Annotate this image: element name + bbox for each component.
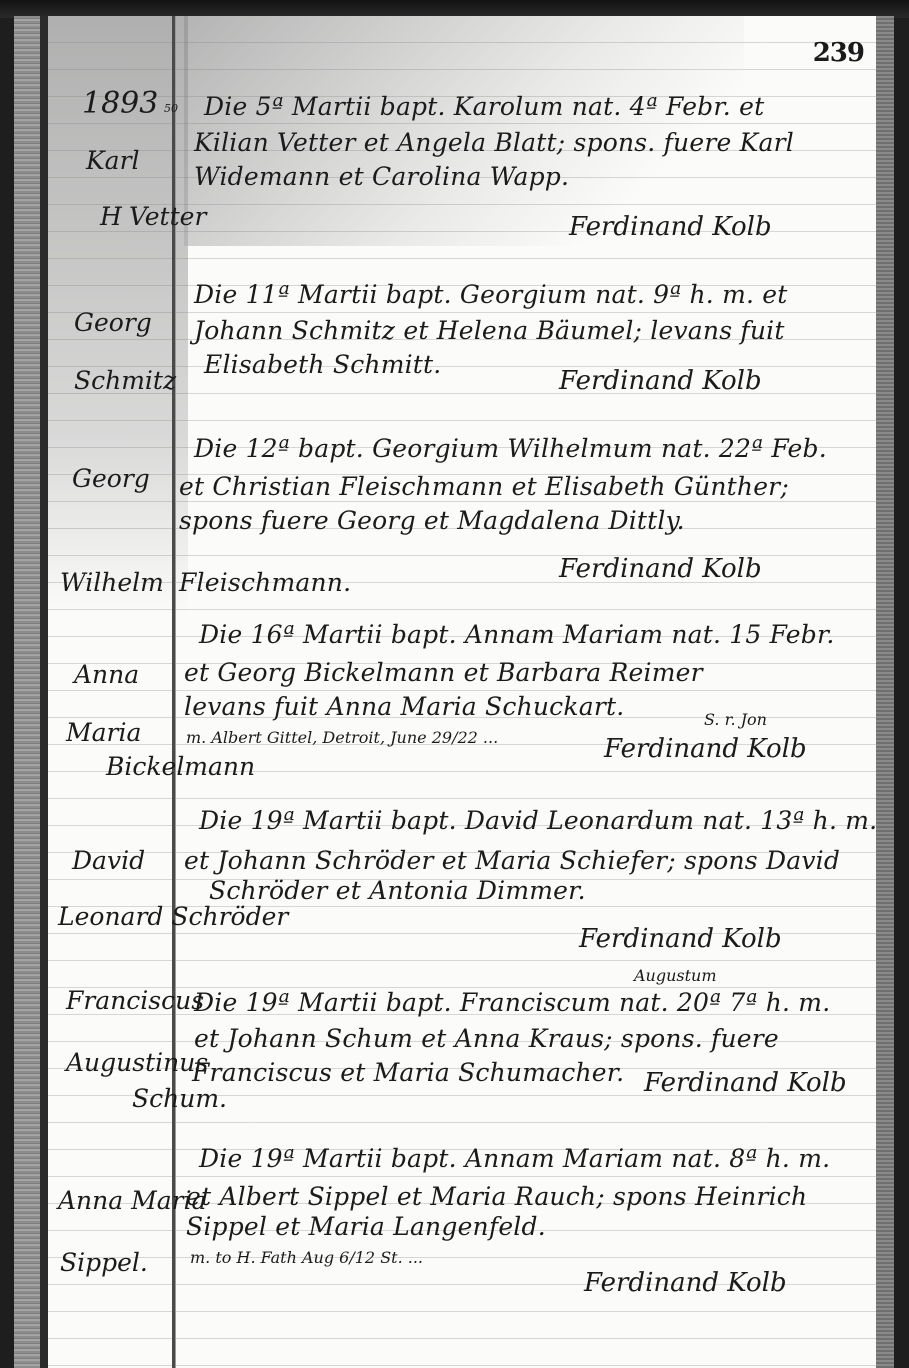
entry-line: Die 16ª Martii bapt. Annam Mariam nat. 1… <box>199 620 835 649</box>
margin-name: Georg <box>74 308 152 337</box>
margin-name: Franciscus <box>66 986 204 1015</box>
margin-surname: Bickelmann <box>106 752 255 781</box>
entry-line: Schröder et Antonia Dimmer. <box>209 876 586 905</box>
entry-line: Die 19ª Martii bapt. Franciscum nat. 20ª… <box>194 988 830 1017</box>
scan-right-edge <box>876 16 894 1368</box>
entry-line: et Georg Bickelmann et Barbara Reimer <box>184 658 703 687</box>
entry-line: Die 5ª Martii bapt. Karolum nat. 4ª Febr… <box>204 92 764 121</box>
margin-surname: Sippel. <box>60 1248 148 1277</box>
margin-name: Augustinus <box>66 1048 208 1077</box>
margin-surname: Schmitz <box>74 366 176 395</box>
priest-signature: Ferdinand Kolb <box>569 212 772 242</box>
entry-line: et Johann Schum et Anna Kraus; spons. fu… <box>194 1024 779 1053</box>
margin-name-prefix: H <box>100 202 122 231</box>
side-annotation: S. r. Jon <box>704 710 767 729</box>
entry-line: spons fuere Georg et Magdalena Dittly. <box>179 506 685 535</box>
margin-name: Maria <box>66 718 141 747</box>
entry-line: Die 19ª Martii bapt. Annam Mariam nat. 8… <box>199 1144 830 1173</box>
year-heading: 1893 <box>82 86 158 121</box>
priest-signature: Ferdinand Kolb <box>584 1268 787 1298</box>
entry-surname-line: Fleischmann. <box>179 568 351 597</box>
margin-name: David <box>72 846 145 875</box>
margin-surname: Vetter <box>129 202 206 231</box>
entry-line: Die 19ª Martii bapt. David Leonardum nat… <box>199 806 877 835</box>
margin-name: Anna Maria <box>58 1186 206 1215</box>
entry-line: et Albert Sippel et Maria Rauch; spons H… <box>186 1182 807 1211</box>
gutter-shadow <box>14 16 40 1368</box>
marriage-annotation: m. Albert Gittel, Detroit, June 29/22 ..… <box>186 728 498 747</box>
register-page: 239 1893 50 Karl H Vetter Die 5ª Martii … <box>14 16 894 1368</box>
entry-line: Die 11ª Martii bapt. Georgium nat. 9ª h.… <box>194 280 788 309</box>
margin-name: Leonard Schröder <box>58 902 288 931</box>
binding-gutter-line <box>40 16 48 1368</box>
name-insertion: Augustum <box>634 966 717 985</box>
entry-line: Die 12ª bapt. Georgium Wilhelmum nat. 22… <box>194 434 827 463</box>
entry-line: Widemann et Carolina Wapp. <box>194 162 569 191</box>
entry-line: Franciscus et Maria Schumacher. <box>192 1058 624 1087</box>
entry-line: Kilian Vetter et Angela Blatt; spons. fu… <box>194 128 794 157</box>
margin-name: Anna <box>74 660 139 689</box>
margin-name: Wilhelm <box>60 568 164 597</box>
priest-signature: Ferdinand Kolb <box>644 1068 847 1098</box>
margin-surname: Schum. <box>132 1084 227 1113</box>
entry-line: et Christian Fleischmann et Elisabeth Gü… <box>179 472 789 501</box>
year-annotation: 50 <box>164 102 178 115</box>
entry-line: Johann Schmitz et Helena Bäumel; levans … <box>194 316 785 345</box>
entry-line: Sippel et Maria Langenfeld. <box>186 1212 546 1241</box>
priest-signature: Ferdinand Kolb <box>559 554 762 584</box>
priest-signature: Ferdinand Kolb <box>604 734 807 764</box>
marriage-annotation: m. to H. Fath Aug 6/12 St. ... <box>190 1248 423 1267</box>
page-number: 239 <box>813 38 864 68</box>
entry-line: et Johann Schröder et Maria Schiefer; sp… <box>184 846 840 875</box>
margin-name: Karl <box>86 146 140 175</box>
priest-signature: Ferdinand Kolb <box>579 924 782 954</box>
entry-line: Elisabeth Schmitt. <box>204 350 441 379</box>
priest-signature: Ferdinand Kolb <box>559 366 762 396</box>
entry-line: levans fuit Anna Maria Schuckart. <box>184 692 624 721</box>
margin-name: Georg <box>72 464 150 493</box>
